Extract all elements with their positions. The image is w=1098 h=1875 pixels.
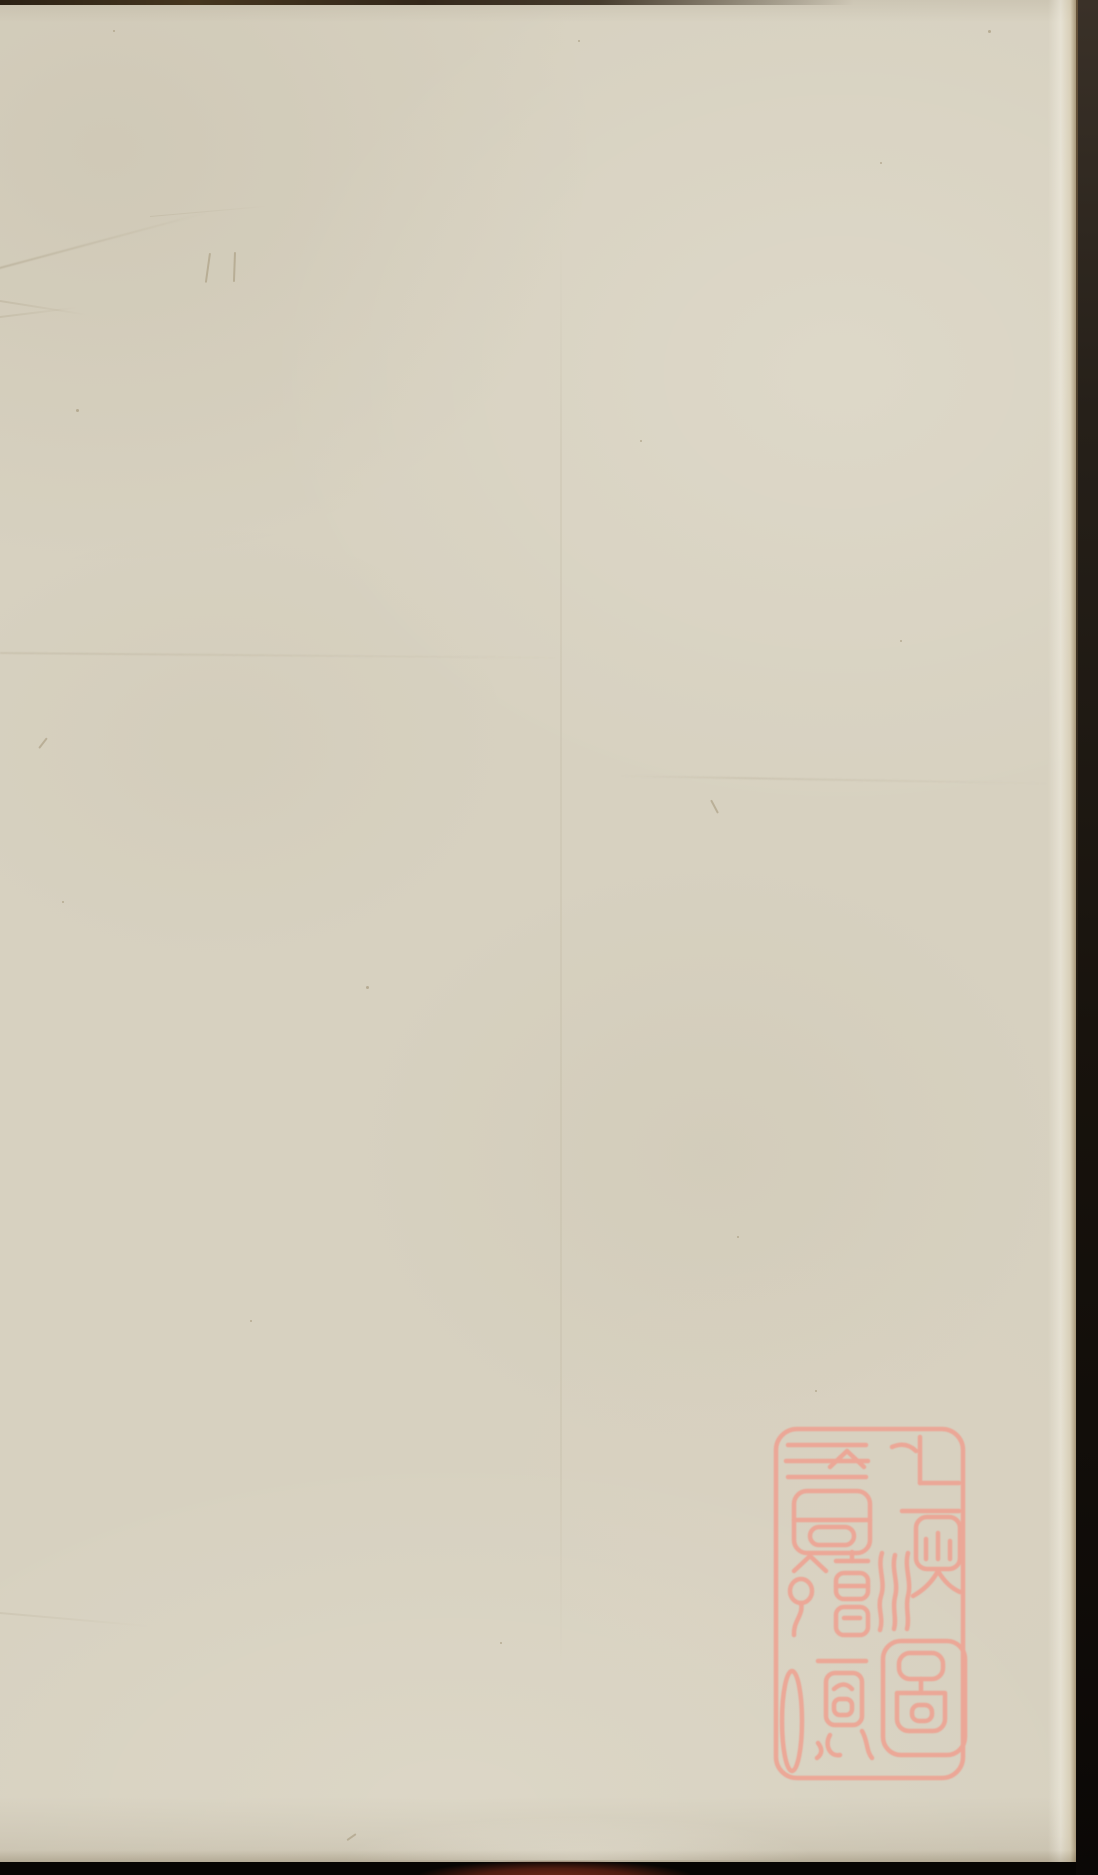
- scan-dark-margin-right: [1076, 0, 1098, 1875]
- paper-fold-line: [560, 240, 562, 1670]
- paper-speck: [113, 30, 115, 32]
- paper-crease: [0, 652, 560, 659]
- paper-speck: [815, 1390, 817, 1392]
- seal-char-hai: [880, 1517, 960, 1630]
- paper-fiber: [233, 252, 236, 282]
- page-bottom-highlight: [340, 1816, 820, 1860]
- seal-char-shang: [892, 1437, 959, 1511]
- paper-crease: [0, 1612, 150, 1627]
- paper-speck: [737, 1236, 739, 1238]
- paper-speck: [76, 409, 79, 412]
- paper-speck: [366, 986, 369, 989]
- paper-speck: [900, 640, 902, 642]
- paper-speck: [880, 162, 882, 164]
- seal-char-guan: [790, 1552, 868, 1635]
- seal-char-cang: [782, 1661, 872, 1771]
- paper-fiber: [205, 253, 211, 283]
- paper-crease: [0, 300, 89, 316]
- scanned-page-photo: 上海圖書館藏: [0, 0, 1098, 1875]
- seal-char-shu: [786, 1445, 870, 1553]
- book-cover-glimpse: [420, 1861, 690, 1875]
- paper-crease: [0, 212, 207, 270]
- paper-speck: [640, 440, 642, 442]
- library-seal-stamp: 上海圖書館藏: [768, 1421, 974, 1787]
- paper-speck: [500, 1642, 502, 1644]
- paper-page: 上海圖書館藏: [0, 0, 1076, 1862]
- paper-speck: [988, 30, 991, 33]
- paper-speck: [578, 40, 580, 42]
- seal-graphic: [768, 1421, 974, 1787]
- paper-speck: [250, 1320, 252, 1322]
- paper-crease: [620, 775, 1050, 785]
- paper-speck: [62, 901, 64, 903]
- seal-char-tu: [883, 1641, 965, 1755]
- paper-fiber: [710, 800, 719, 814]
- page-fore-edge: [1048, 0, 1076, 1862]
- paper-crease: [150, 206, 270, 217]
- paper-crease: [0, 306, 80, 318]
- scan-top-edge: [0, 0, 880, 5]
- paper-fiber: [38, 737, 48, 748]
